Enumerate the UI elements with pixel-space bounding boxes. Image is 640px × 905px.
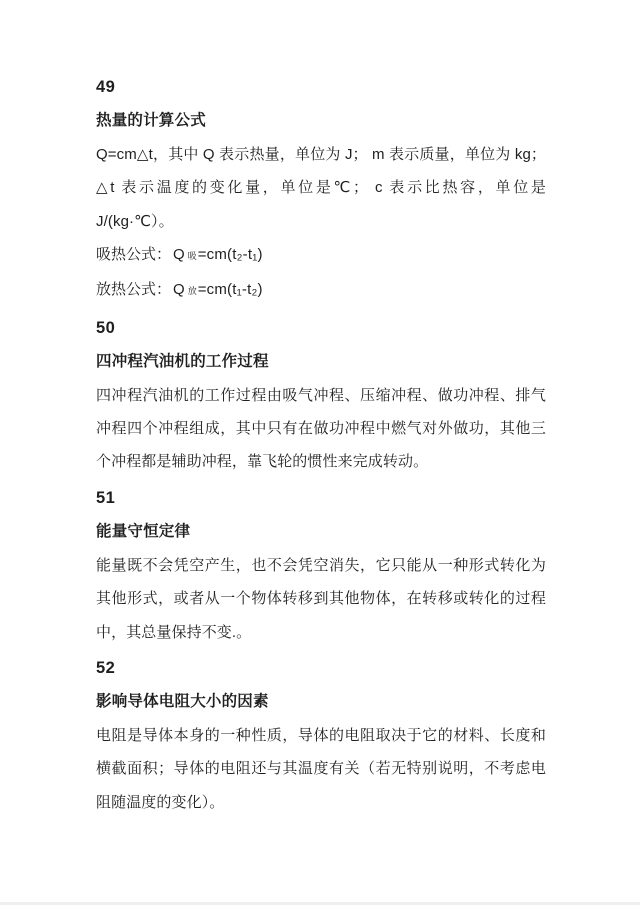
section-title: 热量的计算公式	[96, 104, 546, 137]
section-52: 52 影响导体电阻大小的因素 电阻是导体本身的一种性质，导体的电阻取决于它的材料…	[96, 652, 546, 819]
section-body-text: 四冲程汽油机的工作过程由吸气冲程、压缩冲程、做功冲程、排气冲程四个冲程组成，其中…	[96, 379, 546, 479]
formula-expression: =cm(t₂-t₁)	[198, 246, 263, 263]
section-51: 51 能量守恒定律 能量既不会凭空产生，也不会凭空消失，它只能从一种形式转化为其…	[96, 482, 546, 649]
section-title: 四冲程汽油机的工作过程	[96, 345, 546, 378]
section-number: 50	[96, 312, 546, 345]
formula-subscript: 吸	[188, 251, 197, 261]
section-number: 52	[96, 652, 546, 685]
formula-symbol: Q	[173, 281, 185, 298]
section-49: 49 热量的计算公式 Q=cm△t，其中 Q 表示热量，单位为 J； m 表示质…	[96, 71, 546, 309]
section-50: 50 四冲程汽油机的工作过程 四冲程汽油机的工作过程由吸气冲程、压缩冲程、做功冲…	[96, 312, 546, 479]
section-body-text: 电阻是导体本身的一种性质，导体的电阻取决于它的材料、长度和横截面积；导体的电阻还…	[96, 719, 546, 819]
heat-absorption-formula: 吸热公式：Q吸=cm(t₂-t₁)	[96, 238, 546, 273]
section-title: 能量守恒定律	[96, 515, 546, 548]
formula-expression: =cm(t₁-t₂)	[198, 281, 263, 298]
section-number: 49	[96, 71, 546, 104]
section-number: 51	[96, 482, 546, 515]
formula-label: 放热公式：	[96, 281, 171, 298]
formula-subscript: 放	[188, 286, 197, 296]
heat-release-formula: 放热公式：Q放=cm(t₁-t₂)	[96, 273, 546, 308]
formula-symbol: Q	[173, 246, 185, 263]
section-title: 影响导体电阻大小的因素	[96, 685, 546, 718]
formula-label: 吸热公式：	[96, 246, 171, 263]
document-page: 49 热量的计算公式 Q=cm△t，其中 Q 表示热量，单位为 J； m 表示质…	[96, 0, 546, 819]
section-body-text: Q=cm△t，其中 Q 表示热量，单位为 J； m 表示质量，单位为 kg； △…	[96, 138, 546, 238]
section-body-text: 能量既不会凭空产生，也不会凭空消失，它只能从一种形式转化为其他形式，或者从一个物…	[96, 549, 546, 649]
